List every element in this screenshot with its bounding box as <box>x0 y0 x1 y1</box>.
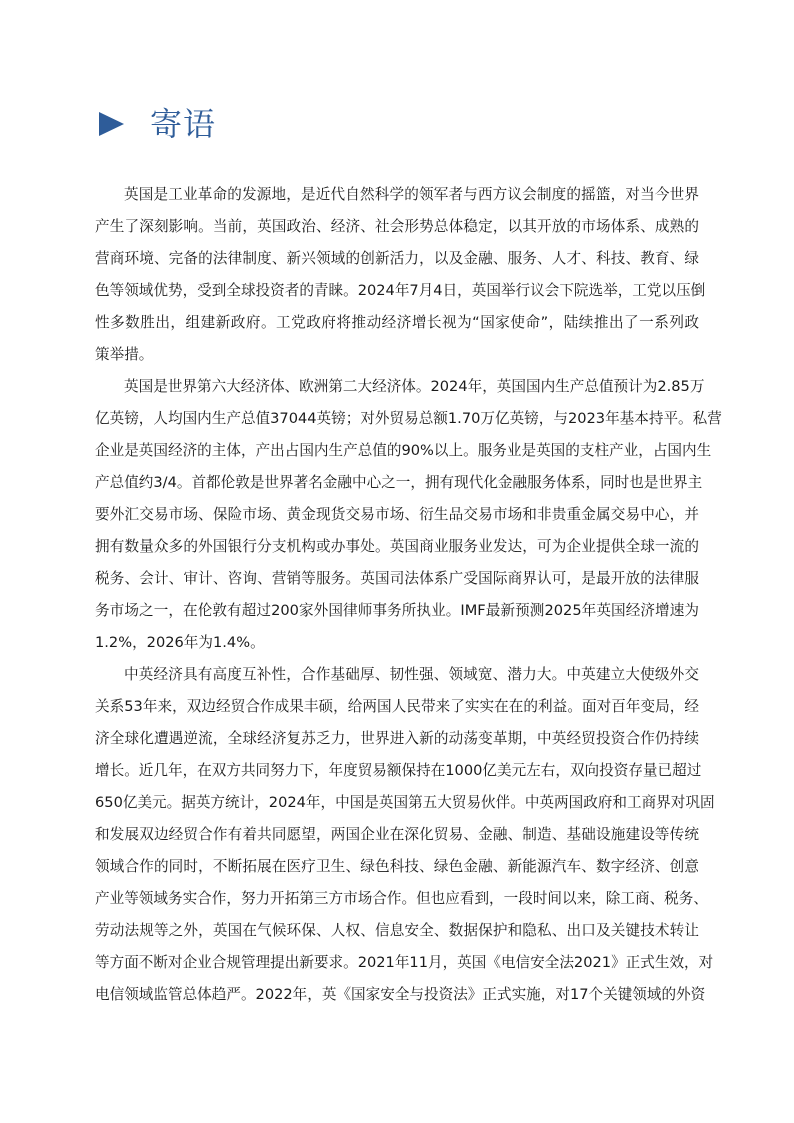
text-line: 性多数胜出，组建新政府。工党政府将推动经济增长视为“国家使命”，陆续推出了一系列… <box>95 307 699 339</box>
paragraph-1: 英国是工业革命的发源地，是近代自然科学的领军者与西方议会制度的摇篮，对当今世界 … <box>95 179 699 371</box>
body-text: 英国是工业革命的发源地，是近代自然科学的领军者与西方议会制度的摇篮，对当今世界 … <box>95 179 699 1011</box>
text-line: 税务、会计、审计、咨询、营销等服务。英国司法体系广受国际商界认可，是最开放的法律… <box>95 563 699 595</box>
paragraph-3: 中英经济具有高度互补性，合作基础厚、韧性强、领域宽、潜力大。中英建立大使级外交 … <box>95 659 699 1011</box>
text-line: 亿英镑，人均国内生产总值37044英镑；对外贸易总额1.70万亿英镑，与2023… <box>95 403 699 435</box>
text-line: 拥有数量众多的外国银行分支机构或办事处。英国商业服务业发达，可为企业提供全球一流… <box>95 531 699 563</box>
text-line: 650亿美元。据英方统计，2024年，中国是英国第五大贸易伙伴。中英两国政府和工… <box>95 787 699 819</box>
text-line: 务市场之一，在伦敦有超过200家外国律师事务所执业。IMF最新预测2025年英国… <box>95 595 699 627</box>
triangle-right-icon <box>99 112 124 136</box>
text-line: 电信领域监管总体趋严。2022年，英《国家安全与投资法》正式实施，对17个关键领… <box>95 979 699 1011</box>
paragraph-2: 英国是世界第六大经济体、欧洲第二大经济体。2024年，英国国内生产总值预计为2.… <box>95 371 699 659</box>
text-line: 产总值约3/4。首都伦敦是世界著名金融中心之一，拥有现代化金融服务体系，同时也是… <box>95 467 699 499</box>
text-line: 济全球化遭遇逆流，全球经济复苏乏力，世界进入新的动荡变革期，中英经贸投资合作仍持… <box>95 723 699 755</box>
text-line: 产业等领域务实合作，努力开拓第三方市场合作。但也应看到，一段时间以来，除工商、税… <box>95 883 699 915</box>
text-line: 和发展双边经贸合作有着共同愿望，两国企业在深化贸易、金融、制造、基础设施建设等传… <box>95 819 699 851</box>
document-page: 寄语 英国是工业革命的发源地，是近代自然科学的领军者与西方议会制度的摇篮，对当今… <box>0 0 794 1123</box>
text-line: 增长。近几年，在双方共同努力下，年度贸易额保持在1000亿美元左右，双向投资存量… <box>95 755 699 787</box>
text-line: 要外汇交易市场、保险市场、黄金现货交易市场、衍生品交易市场和非贵重金属交易中心，… <box>95 499 699 531</box>
text-line: 英国是工业革命的发源地，是近代自然科学的领军者与西方议会制度的摇篮，对当今世界 <box>95 179 699 211</box>
text-line: 等方面不断对企业合规管理提出新要求。2021年11月，英国《电信安全法2021》… <box>95 947 699 979</box>
text-line: 企业是英国经济的主体，产出占国内生产总值的90%以上。服务业是英国的支柱产业，占… <box>95 435 699 467</box>
section-title: 寄语 <box>150 102 216 146</box>
text-line: 英国是世界第六大经济体、欧洲第二大经济体。2024年，英国国内生产总值预计为2.… <box>95 371 699 403</box>
text-line: 色等领域优势，受到全球投资者的青睐。2024年7月4日，英国举行议会下院选举，工… <box>95 275 699 307</box>
text-line: 领域合作的同时，不断拓展在医疗卫生、绿色科技、绿色金融、新能源汽车、数字经济、创… <box>95 851 699 883</box>
section-header: 寄语 <box>99 102 216 146</box>
text-line: 中英经济具有高度互补性，合作基础厚、韧性强、领域宽、潜力大。中英建立大使级外交 <box>95 659 699 691</box>
text-line: 关系53年来，双边经贸合作成果丰硕，给两国人民带来了实实在在的利益。面对百年变局… <box>95 691 699 723</box>
text-line: 策举措。 <box>95 339 699 371</box>
text-line: 产生了深刻影响。当前，英国政治、经济、社会形势总体稳定，以其开放的市场体系、成熟… <box>95 211 699 243</box>
text-line: 劳动法规等之外，英国在气候环保、人权、信息安全、数据保护和隐私、出口及关键技术转… <box>95 915 699 947</box>
text-line: 1.2%，2026年为1.4%。 <box>95 627 699 659</box>
text-line: 营商环境、完备的法律制度、新兴领域的创新活力，以及金融、服务、人才、科技、教育、… <box>95 243 699 275</box>
